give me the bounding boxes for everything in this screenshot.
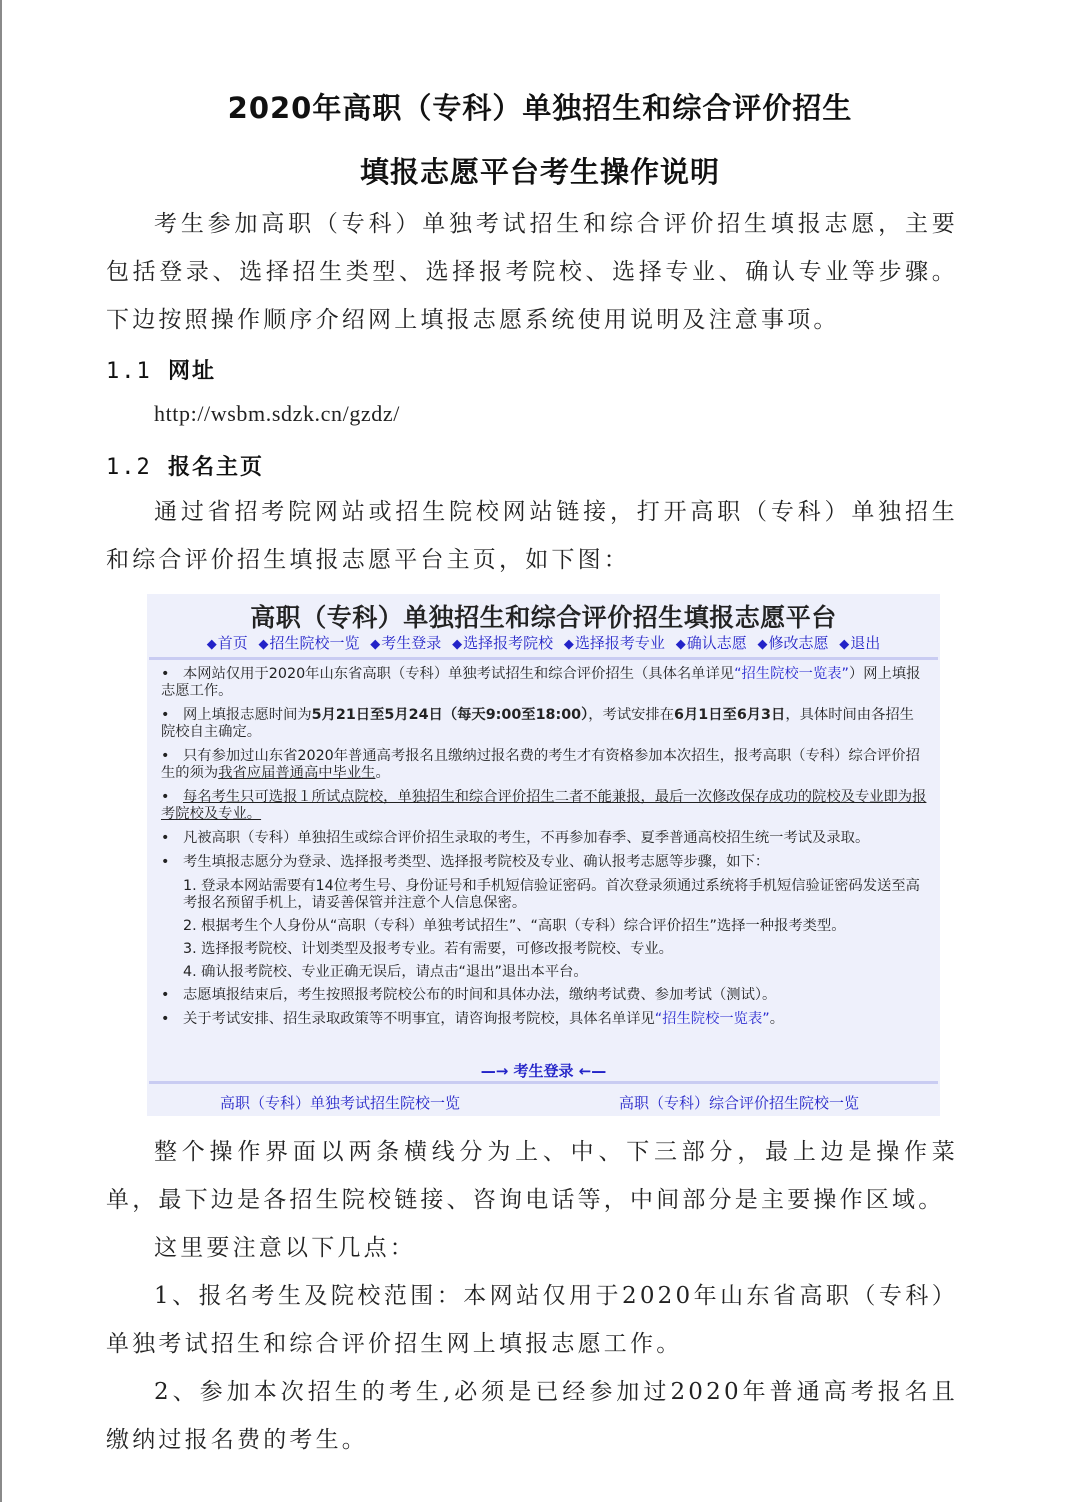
step-item: 3. 选择报考院校、计划类型及报考专业。若有需要，可修改报考院校、专业。	[161, 941, 927, 958]
notice-item: •只有参加过山东省2020年普通高考报名且缴纳过报名费的考生才有资格参加本次招生…	[161, 748, 927, 782]
bottom-divider	[149, 1081, 938, 1084]
diamond-icon: ◆	[370, 637, 380, 652]
nav-select-school[interactable]: ◆选择报考院校	[452, 634, 553, 652]
notice-item: •志愿填报结束后，考生按照报考院校公布的时间和具体办法，缴纳考试费、参加考试（测…	[161, 987, 927, 1004]
step-item: 4. 确认报考院校、专业正确无误后，请点击“退出”退出本平台。	[161, 964, 927, 981]
intro-paragraph: 考生参加高职（专科）单独考试招生和综合评价招生填报志愿，主要包括登录、选择招生类…	[106, 200, 958, 344]
school-list-link[interactable]: “招生院校一览表”	[655, 1011, 770, 1027]
notice-list: •本网站仅用于2020年山东省高职（专科）单独考试招生和综合评价招生（具体名单详…	[161, 666, 927, 1035]
page-left-border	[0, 0, 2, 1502]
website-url: http://wsbm.sdzk.cn/gzdz/	[154, 401, 400, 427]
nav-logout[interactable]: ◆退出	[839, 634, 880, 652]
platform-title: 高职（专科）单独招生和综合评价招生填报志愿平台	[147, 598, 940, 634]
notice-item: •本网站仅用于2020年山东省高职（专科）单独考试招生和综合评价招生（具体名单详…	[161, 666, 927, 700]
diamond-icon: ◆	[564, 637, 574, 652]
notice-item: •关于考试安排、招生录取政策等不明事宜，请咨询报考院校，具体名单详见“招生院校一…	[161, 1011, 927, 1028]
platform-nav-menu: ◆首页 ◆招生院校一览 ◆考生登录 ◆选择报考院校 ◆选择报考专业 ◆确认志愿 …	[147, 632, 940, 653]
diamond-icon: ◆	[757, 637, 767, 652]
nav-modify[interactable]: ◆修改志愿	[757, 634, 828, 652]
diamond-icon: ◆	[259, 637, 269, 652]
step-item: 1. 登录本网站需要有14位考生号、身份证号和手机短信验证密码。首次登录须通过系…	[161, 878, 927, 912]
diamond-icon: ◆	[839, 637, 849, 652]
single-exam-school-list-link[interactable]: 高职（专科）单独考试招生院校一览	[220, 1092, 460, 1113]
nav-school-list[interactable]: ◆招生院校一览	[259, 634, 360, 652]
document-title-line-2: 填报志愿平台考生操作说明	[0, 150, 1080, 191]
notice-item: •每名考生只可选报１所试点院校，单独招生和综合评价招生二者不能兼报，最后一次修改…	[161, 789, 927, 823]
notice-item: •网上填报志愿时间为5月21日至5月24日（每天9:00至18:00），考试安排…	[161, 707, 927, 741]
note-1: 1、报名考生及院校范围：本网站仅用于2020年山东省高职（专科）单独考试招生和综…	[106, 1272, 958, 1368]
diamond-icon: ◆	[452, 637, 462, 652]
section-number: 1.2	[106, 455, 168, 480]
section-1-2-paragraph: 通过省招考院网站或招生院校网站链接，打开高职（专科）单独招生和综合评价招生填报志…	[106, 488, 958, 584]
diamond-icon: ◆	[676, 637, 686, 652]
section-title: 报名主页	[168, 455, 264, 480]
section-title: 网址	[168, 359, 216, 384]
notice-item: •凡被高职（专科）单独招生或综合评价招生录取的考生，不再参加春季、夏季普通高校招…	[161, 830, 927, 847]
top-divider	[149, 657, 938, 660]
nav-home[interactable]: ◆首页	[207, 634, 248, 652]
student-login-link[interactable]: —→ 考生登录 ←—	[147, 1060, 940, 1081]
school-list-link[interactable]: “招生院校一览表”	[734, 666, 849, 682]
platform-homepage-screenshot: 高职（专科）单独招生和综合评价招生填报志愿平台 ◆首页 ◆招生院校一览 ◆考生登…	[147, 594, 940, 1116]
notice-item: •考生填报志愿分为登录、选择报考类型、选择报考院校及专业、确认报考志愿等步骤，如…	[161, 854, 927, 871]
section-heading-1-1: 1.1网址	[106, 354, 216, 385]
notes-intro: 这里要注意以下几点：	[106, 1224, 958, 1272]
nav-confirm[interactable]: ◆确认志愿	[676, 634, 747, 652]
nav-select-major[interactable]: ◆选择报考专业	[564, 634, 665, 652]
section-heading-1-2: 1.2报名主页	[106, 450, 264, 481]
comprehensive-eval-school-list-link[interactable]: 高职（专科）综合评价招生院校一览	[619, 1092, 859, 1113]
step-item: 2. 根据考生个人身份从“高职（专科）单独考试招生”、“高职（专科）综合评价招生…	[161, 918, 927, 935]
note-2: 2、参加本次招生的考生,必须是已经参加过2020年普通高考报名且缴纳过报名费的考…	[106, 1368, 958, 1464]
after-figure-paragraph: 整个操作界面以两条横线分为上、中、下三部分，最上边是操作菜单，最下边是各招生院校…	[106, 1128, 958, 1224]
document-title-line-1: 2020年高职（专科）单独招生和综合评价招生	[0, 86, 1080, 127]
nav-student-login[interactable]: ◆考生登录	[370, 634, 441, 652]
diamond-icon: ◆	[207, 637, 217, 652]
section-number: 1.1	[106, 359, 168, 384]
